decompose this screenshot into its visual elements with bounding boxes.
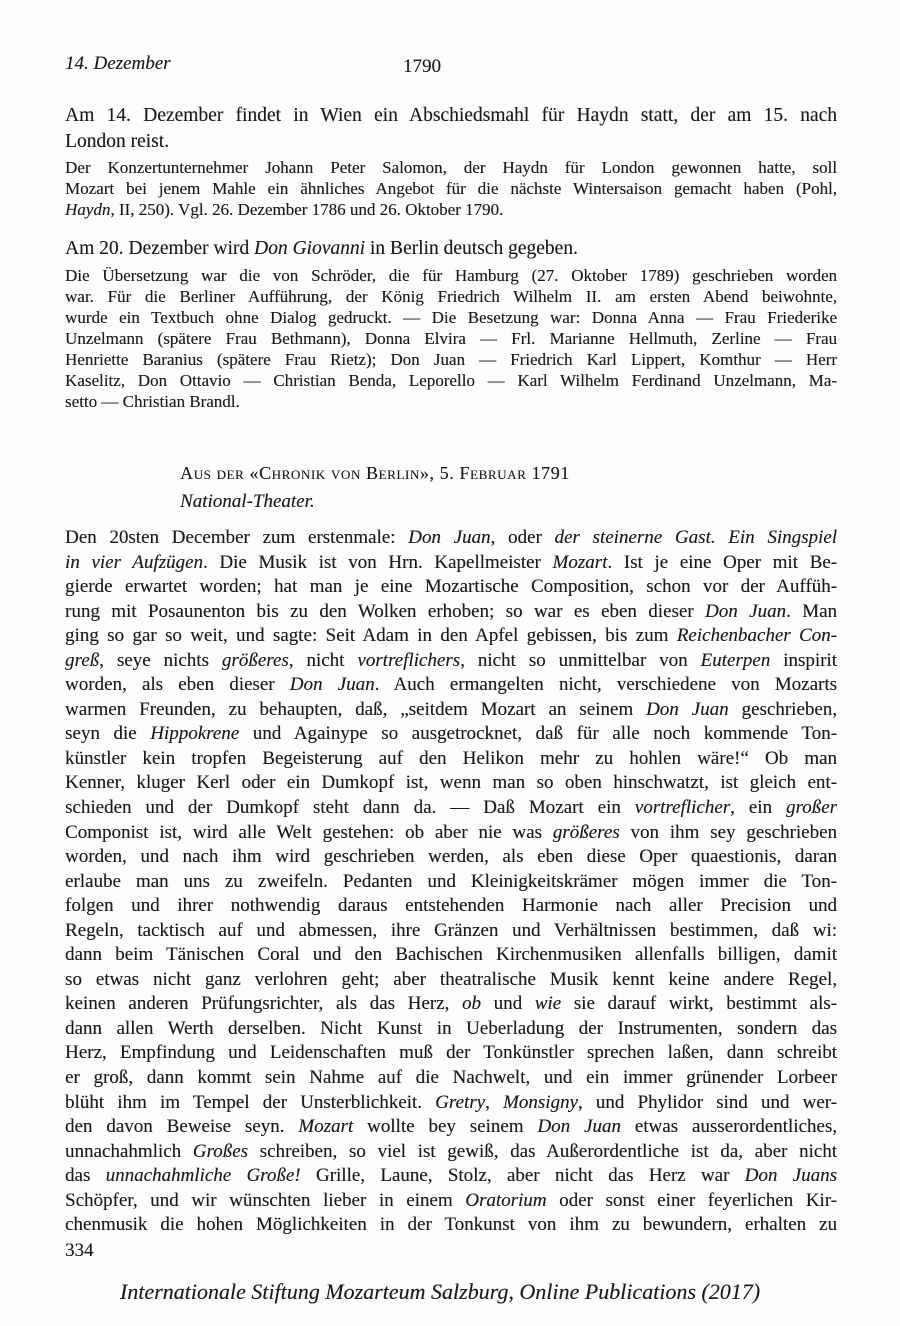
text-segment: wollte bey seinem [353, 1116, 537, 1137]
text-line: er groß, dann kommt sein Nahme auf die N… [65, 1066, 837, 1091]
italic-text: in vier Aufzügen [65, 552, 203, 573]
text-line: ging so gar so weit, und sagte: Seit Ada… [65, 624, 837, 649]
text-line: warmen Freunden, zu behaupten, daß, „sei… [65, 698, 837, 723]
text-line: Kenner, kluger Kerl oder ein Dumkopf ist… [65, 771, 837, 796]
italic-text: Mozart [552, 552, 607, 573]
text-line: Henriette Baranius (spätere Frau Rietz);… [65, 349, 837, 370]
text-segment: dann allen Werth derselben. Nicht Kunst … [65, 1018, 837, 1039]
text-line: dann beim Tänischen Coral und den Bachis… [65, 943, 837, 968]
text-line: in vier Aufzügen. Die Musik ist von Hrn.… [65, 551, 837, 576]
text-line: setto — Christian Brandl. [65, 391, 837, 412]
italic-text: vortreflichers [357, 650, 460, 671]
italic-text: unnachahmliche Große! [106, 1165, 301, 1186]
excerpt-source-heading: Aus der «Chronik von Berlin», 5. Februar… [180, 463, 570, 484]
text-segment: und Againype so ausgetrocknet, daß für a… [239, 723, 837, 744]
entry-2-annotation: Die Übersetzung war die von Schröder, di… [65, 265, 837, 412]
text-line: Schöpfer, und wir wünschten lieber in ei… [65, 1189, 837, 1214]
text-segment: Grille, Laune, Stolz, aber nicht das Her… [301, 1165, 745, 1186]
text-line: Den 20sten December zum erstenmale: Don … [65, 526, 837, 551]
text-segment: inspirit [770, 650, 837, 671]
italic-text: Don Giovanni [254, 238, 365, 259]
text-segment: Henriette Baranius (spätere Frau Rietz);… [65, 350, 837, 369]
text-segment: Den 20sten December zum erstenmale: [65, 527, 408, 548]
italic-text: größeres [553, 822, 620, 843]
text-segment: von ihm sey geschrieben [620, 822, 837, 843]
text-segment: Der Konzertunternehmer Johann Peter Salo… [65, 158, 837, 177]
text-line: Die Übersetzung war die von Schröder, di… [65, 265, 837, 286]
text-segment: und [481, 993, 535, 1014]
text-segment: , [485, 1092, 503, 1113]
excerpt-subtitle: National-Theater. [180, 491, 315, 513]
italic-text: greß [65, 650, 99, 671]
text-line: Herz, Empfindung und Leidenschaften muß … [65, 1041, 837, 1066]
text-segment: setto — Christian Brandl. [65, 392, 240, 411]
text-line: unnachahmlich Großes schreiben, so viel … [65, 1140, 837, 1165]
text-segment: , oder [491, 527, 555, 548]
italic-text: Don Juan [705, 601, 786, 622]
text-line: rung mit Posaunenton bis zu den Wolken e… [65, 600, 837, 625]
text-segment: in Berlin deutsch gegeben. [365, 238, 578, 259]
text-segment: seyn die [65, 723, 150, 744]
text-segment: Herz, Empfindung und Leidenschaften muß … [65, 1042, 837, 1063]
text-segment: dann beim Tänischen Coral und den Bachis… [65, 944, 837, 965]
text-segment: , und Phylidor sind und wer- [578, 1092, 837, 1113]
text-segment: Am 20. Dezember wird [65, 238, 254, 259]
footer-credit: Internationale Stiftung Mozarteum Salzbu… [0, 1279, 880, 1305]
text-line: Haydn, II, 250). Vgl. 26. Dezember 1786 … [65, 199, 837, 220]
running-head-date: 14. Dezember [65, 53, 171, 75]
page: 14. Dezember 1790 Am 14. Dezember findet… [0, 0, 900, 1326]
text-segment: , nicht so unmittelbar von [460, 650, 700, 671]
italic-text: vortreflicher [635, 797, 730, 818]
text-segment: sie darauf wirkt, bestimmt als- [561, 993, 837, 1014]
text-segment: warmen Freunden, zu behaupten, daß, „sei… [65, 699, 646, 720]
italic-text: Reichenbacher Con- [677, 625, 837, 646]
text-line: London reist. [65, 129, 837, 155]
text-line: gierde erwartet worden; hat man je eine … [65, 575, 837, 600]
italic-text: Hippokrene [150, 723, 239, 744]
text-line: war. Für die Berliner Aufführung, der Kö… [65, 286, 837, 307]
italic-text: Don Juan [646, 699, 729, 720]
text-line: das unnachahmliche Große! Grille, Laune,… [65, 1164, 837, 1189]
italic-text: Don Juan [408, 527, 490, 548]
text-segment: er groß, dann kommt sein Nahme auf die N… [65, 1067, 837, 1088]
italic-text: Mozart [298, 1116, 353, 1137]
text-segment: war. Für die Berliner Aufführung, der Kö… [65, 287, 837, 306]
text-segment: rung mit Posaunenton bis zu den Wolken e… [65, 601, 705, 622]
text-segment: Regeln, tacktisch auf und abmessen, ihre… [65, 920, 837, 941]
text-line: wurde ein Textbuch ohne Dialog gedruckt.… [65, 307, 837, 328]
text-segment: , II, 250). Vgl. 26. Dezember 1786 und 2… [110, 200, 503, 219]
text-line: künstler kein tropfen Begeisterung auf d… [65, 747, 837, 772]
text-segment: schieden und der Dumkopf steht dann da. … [65, 797, 635, 818]
text-line: erlaube man uns zu zweifeln. Pedanten un… [65, 870, 837, 895]
italic-text: Großes [193, 1141, 248, 1162]
text-line: den davon Beweise seyn. Mozart wollte be… [65, 1115, 837, 1140]
text-line: chenmusik die hohen Möglichkeiten in der… [65, 1213, 837, 1238]
text-segment: . Man [786, 601, 837, 622]
text-segment: gierde erwartet worden; hat man je eine … [65, 576, 837, 597]
italic-text: größeres [222, 650, 289, 671]
text-line: Am 14. Dezember findet in Wien ein Absch… [65, 103, 837, 129]
running-head-year: 1790 [403, 56, 441, 78]
text-line: Mozart bei jenem Mahle ein ähnliches Ang… [65, 178, 837, 199]
text-segment: Kenner, kluger Kerl oder ein Dumkopf ist… [65, 772, 837, 793]
text-line: folgen und ihrer nothwendig daraus entst… [65, 894, 837, 919]
text-segment: oder sonst einer feyerlichen Kir- [547, 1190, 837, 1211]
text-line: Am 20. Dezember wird Don Giovanni in Ber… [65, 236, 837, 262]
text-line: blüht ihm im Tempel der Unsterblichkeit.… [65, 1091, 837, 1116]
text-segment: etwas ausserordentliches, [621, 1116, 837, 1137]
text-segment: Die Übersetzung war die von Schröder, di… [65, 266, 837, 285]
text-line: keinen anderen Prüfungsrichter, als das … [65, 992, 837, 1017]
italic-text: Gretry [435, 1092, 485, 1113]
text-segment: Schöpfer, und wir wünschten lieber in ei… [65, 1190, 465, 1211]
excerpt-body-paragraph: Den 20sten December zum erstenmale: Don … [65, 526, 837, 1238]
text-segment: , seye nichts [99, 650, 222, 671]
text-line: Componist ist, wird alle Welt gestehen: … [65, 821, 837, 846]
text-segment: chenmusik die hohen Möglichkeiten in der… [65, 1214, 837, 1235]
text-segment: den davon Beweise seyn. [65, 1116, 298, 1137]
entry-1-heading: Am 14. Dezember findet in Wien ein Absch… [65, 103, 837, 155]
text-segment: das [65, 1165, 106, 1186]
text-segment: wurde ein Textbuch ohne Dialog gedruckt.… [65, 308, 837, 327]
entry-1-annotation: Der Konzertunternehmer Johann Peter Salo… [65, 157, 837, 220]
text-segment: Kaselitz, Don Ottavio — Christian Benda,… [65, 371, 837, 390]
text-segment: Mozart bei jenem Mahle ein ähnliches Ang… [65, 179, 837, 198]
page-number: 334 [65, 1240, 94, 1262]
text-line: dann allen Werth derselben. Nicht Kunst … [65, 1017, 837, 1042]
italic-text: Monsigny [503, 1092, 578, 1113]
entry-2-heading: Am 20. Dezember wird Don Giovanni in Ber… [65, 236, 837, 262]
italic-text: wie [535, 993, 561, 1014]
text-line: schieden und der Dumkopf steht dann da. … [65, 796, 837, 821]
text-line: Kaselitz, Don Ottavio — Christian Benda,… [65, 370, 837, 391]
italic-text: Haydn [65, 200, 110, 219]
text-line: Unzelmann (spätere Frau Bethmann), Donna… [65, 328, 837, 349]
italic-text: Don Juan [537, 1116, 621, 1137]
text-segment: schreiben, so viel ist gewiß, das Außero… [248, 1141, 837, 1162]
text-segment: Componist ist, wird alle Welt gestehen: … [65, 822, 553, 843]
text-line: worden, und nach ihm wird geschrieben we… [65, 845, 837, 870]
text-segment: worden, als eben dieser [65, 674, 290, 695]
text-segment: , ein [730, 797, 786, 818]
italic-text: Euterpen [701, 650, 771, 671]
text-segment: keinen anderen Prüfungsrichter, als das … [65, 993, 462, 1014]
text-segment: Unzelmann (spätere Frau Bethmann), Donna… [65, 329, 837, 348]
text-line: so etwas nicht ganz verlohren geht; aber… [65, 968, 837, 993]
text-segment: London reist. [65, 131, 169, 152]
italic-text: der steinerne Gast. Ein Singspiel [554, 527, 837, 548]
italic-text: großer [786, 797, 837, 818]
text-line: seyn die Hippokrene und Againype so ausg… [65, 722, 837, 747]
italic-text: ob [462, 993, 481, 1014]
text-line: worden, als eben dieser Don Juan. Auch e… [65, 673, 837, 698]
text-line: greß, seye nichts größeres, nicht vortre… [65, 649, 837, 674]
italic-text: Don Juans [745, 1165, 837, 1186]
text-line: Der Konzertunternehmer Johann Peter Salo… [65, 157, 837, 178]
text-segment: geschrieben, [729, 699, 837, 720]
text-segment: , nicht [289, 650, 358, 671]
italic-text: Oratorium [465, 1190, 546, 1211]
text-segment: worden, und nach ihm wird geschrieben we… [65, 846, 837, 867]
text-segment: . Auch ermangelten nicht, verschiedene v… [375, 674, 837, 695]
text-segment: so etwas nicht ganz verlohren geht; aber… [65, 969, 837, 990]
italic-text: Don Juan [290, 674, 375, 695]
text-segment: . Die Musik ist von Hrn. Kapellmeister [203, 552, 553, 573]
text-segment: ging so gar so weit, und sagte: Seit Ada… [65, 625, 677, 646]
text-line: Regeln, tacktisch auf und abmessen, ihre… [65, 919, 837, 944]
text-segment: unnachahmlich [65, 1141, 193, 1162]
text-segment: erlaube man uns zu zweifeln. Pedanten un… [65, 871, 837, 892]
text-segment: Am 14. Dezember findet in Wien ein Absch… [65, 105, 837, 126]
text-segment: künstler kein tropfen Begeisterung auf d… [65, 748, 837, 769]
text-segment: folgen und ihrer nothwendig daraus entst… [65, 895, 837, 916]
text-segment: . Ist je eine Oper mit Be- [607, 552, 837, 573]
text-segment: blüht ihm im Tempel der Unsterblichkeit. [65, 1092, 435, 1113]
